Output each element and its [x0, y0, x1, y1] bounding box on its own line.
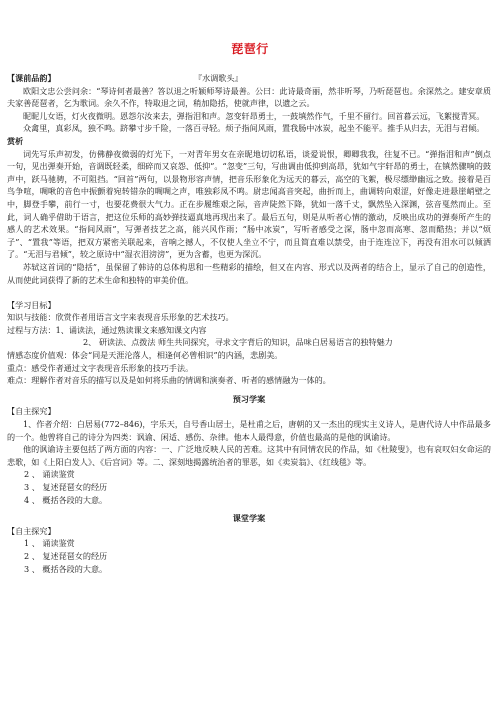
poem-stanza-1: 昵昵儿女语，灯火夜微明。恩怨尔汝来去，弹指泪和声。忽变轩昂勇士，一鼓填然作气，千… — [7, 110, 491, 123]
class-item-3: 3 、 概括各段的大意。 — [7, 563, 491, 576]
class-plan-heading: 课堂学案 — [7, 512, 491, 525]
preface-paragraph: 欧阳文忠公尝问余：“琴诗何者最善？答以退之听颖师琴诗最善。公曰：此诗最奇丽，然非… — [7, 85, 491, 110]
class-item-2: 2 、 复述琵琶女的经历 — [7, 550, 491, 563]
appreciation-heading: 赏析 — [7, 135, 491, 148]
difficulty-point: 难点：理解作者对音乐的描写以及是如何将乐曲的情调和演奏者、听者的感情融为一体的。 — [7, 374, 491, 387]
process-methods: 过程与方法：1、诵读法，通过熟读课文来感知课文内容 — [7, 324, 491, 337]
pre-class-header: 【课前品韵】 『水调歌头』 — [7, 72, 491, 85]
class-sub-heading: 【自主探究】 — [7, 525, 491, 538]
knowledge-text: 欣赏作者用语言文字来表现音乐形象的艺术技巧。 — [56, 312, 234, 322]
poem-stanza-2: 众禽里，真彩凤，独不鸣。跻攀寸步千险，一落百寻轻。烦子指间风雨，置我肠中冰炭，起… — [7, 122, 491, 135]
poem-subtitle: 『水调歌头』 — [194, 72, 243, 85]
key-point: 重点：感受作者通过文字表现音乐形象的技巧手法。 — [7, 362, 491, 375]
emotion-label: 情感态度价值观： — [7, 350, 72, 360]
document-page: 琵琶行 【课前品韵】 『水调歌头』 欧阳文忠公尝问余：“琴诗何者最善？答以退之听… — [0, 0, 500, 707]
document-title: 琵琶行 — [0, 40, 500, 57]
process-item-2: 2、 研读法、点拨法 师生共同探究，寻求文字背后的知识，品味白居易语言的独特魅力 — [7, 336, 491, 349]
preview-sub-heading: 【自主探究】 — [7, 405, 491, 418]
author-intro: 1、作者介绍：白居易(772–846)，字乐天，自号香山居士，是杜甫之后，唐朝的… — [7, 418, 491, 443]
preview-item-2: 2 、 诵读鉴赏 — [7, 468, 491, 481]
key-text: 感受作者通过文字表现音乐形象的技巧手法。 — [31, 363, 193, 373]
appreciation-paragraph-2: 苏轼这首词的“隐括”，虽保留了韩诗的总体构思和一些精彩的描绘，但又在内容、形式以… — [7, 261, 491, 286]
difficulty-text: 理解作者对音乐的描写以及是如何将乐曲的情调和演奏者、听者的感情融为一体的。 — [31, 375, 330, 385]
preview-plan-heading: 预习学案 — [7, 393, 491, 406]
knowledge-label: 知识与技能： — [7, 312, 56, 322]
spacer — [7, 286, 491, 299]
key-label: 重点： — [7, 363, 31, 373]
pre-class-heading: 【课前品韵】 — [7, 73, 56, 83]
learning-goals-heading: 【学习目标】 — [7, 299, 491, 312]
emotion-values: 情感态度价值观：体会“同是天涯沦落人，相逢何必曾相识”的内涵，悲剧美。 — [7, 349, 491, 362]
emotion-text: 体会“同是天涯沦落人，相逢何必曾相识”的内涵，悲剧美。 — [72, 350, 283, 360]
preview-item-4: 4 、 概括各段的大意。 — [7, 494, 491, 507]
difficulty-label: 难点： — [7, 375, 31, 385]
appreciation-paragraph-1: 词先写乐声初发，仿佛静夜微弱的灯光下，一对青年男女在亲昵地切切私语，谈爱说恨，卿… — [7, 148, 491, 261]
satire-poems: 他的讽谕诗主要包括了两方面的内容：一、广泛地反映人民的苦难。这其中有同情农民的作… — [7, 443, 491, 468]
process-label: 过程与方法： — [7, 325, 56, 335]
knowledge-skills: 知识与技能：欣赏作者用语言文字来表现音乐形象的艺术技巧。 — [7, 311, 491, 324]
class-item-1: 1 、 诵读鉴赏 — [7, 537, 491, 550]
preview-item-3: 3 、 复述琵琶女的经历 — [7, 481, 491, 494]
process-item-1: 1、诵读法，通过熟读课文来感知课文内容 — [56, 325, 207, 335]
document-body: 【课前品韵】 『水调歌头』 欧阳文忠公尝问余：“琴诗何者最善？答以退之听颖师琴诗… — [7, 72, 491, 575]
